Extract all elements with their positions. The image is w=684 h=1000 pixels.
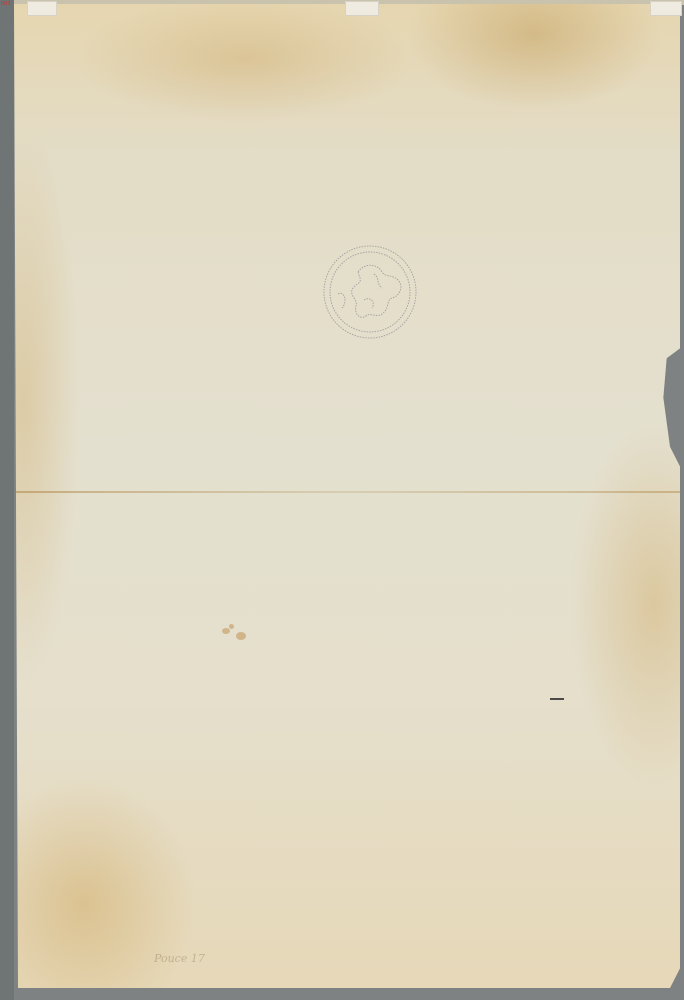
scanner-left-edge xyxy=(0,0,14,1000)
pencil-note: Pouce 17 xyxy=(154,952,205,965)
ink-mark xyxy=(550,698,564,700)
label-tab xyxy=(345,1,379,16)
label-tab xyxy=(27,1,57,16)
scan-marker: 003 xyxy=(1,1,11,7)
stain-mark xyxy=(222,628,230,634)
stain-mark xyxy=(236,632,246,640)
paper-sheet: Pouce 17 xyxy=(14,4,680,988)
stain-mark xyxy=(229,624,234,629)
globe-stamp-icon xyxy=(320,244,420,340)
label-tab xyxy=(650,1,682,16)
horizontal-fold-line xyxy=(14,491,680,493)
